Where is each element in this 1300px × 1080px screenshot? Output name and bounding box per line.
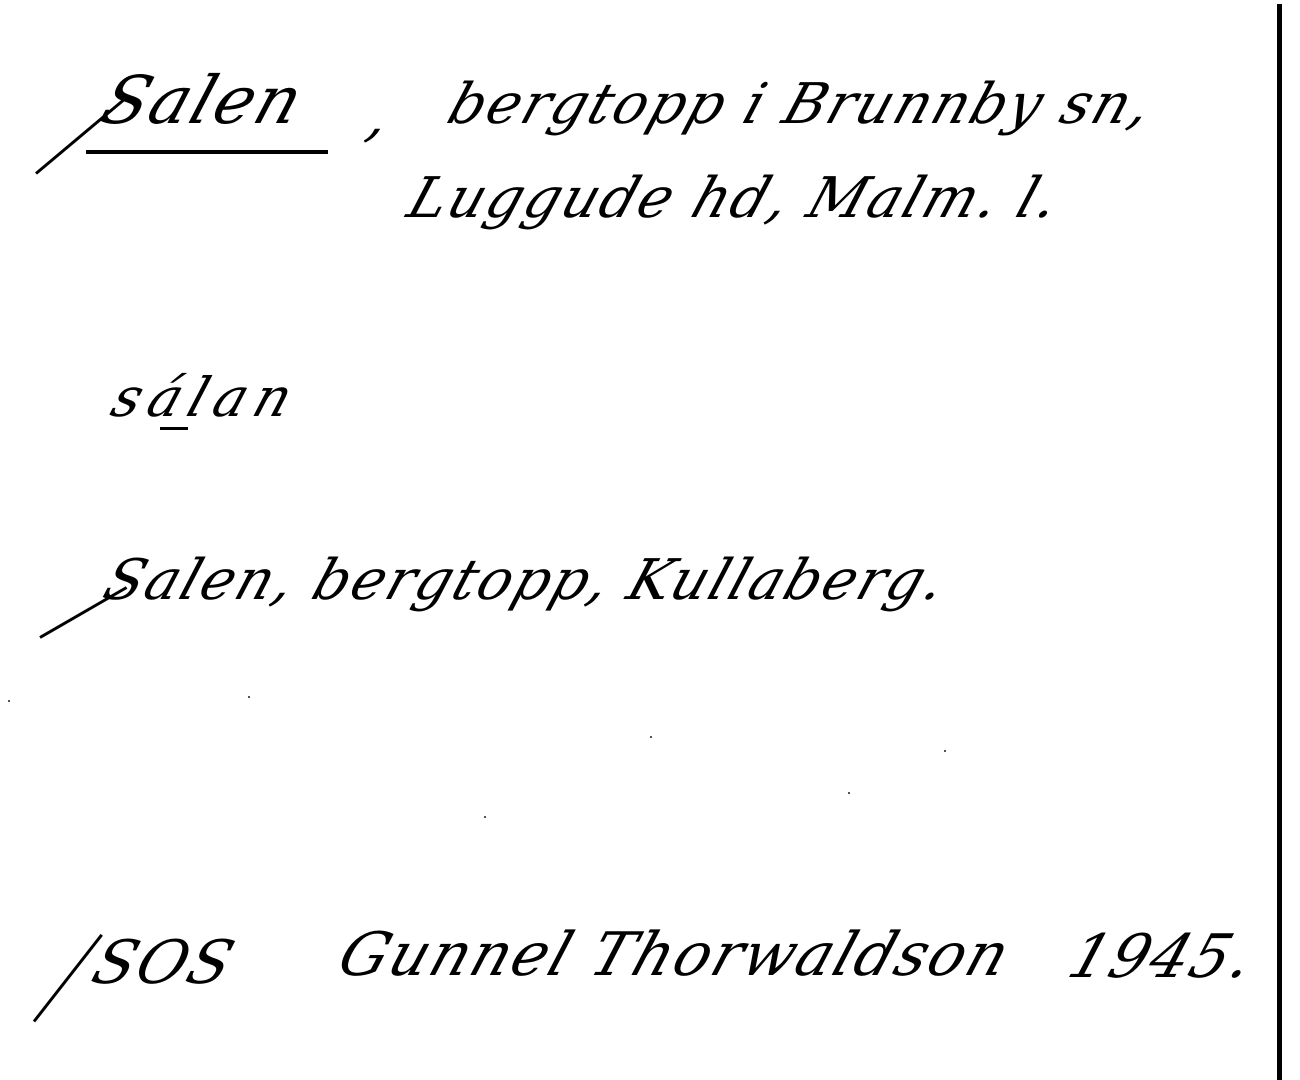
definition-line-2: Luggude hd, Malm. l. <box>400 166 1069 231</box>
scan-speck <box>8 700 10 702</box>
scan-speck <box>484 816 486 818</box>
scan-speck <box>650 736 652 738</box>
stress-underline <box>160 427 188 430</box>
scan-speck <box>944 750 946 752</box>
entry-2-text: Salen, bergtopp, Kullaberg. <box>96 548 956 613</box>
source-abbrev: SOS <box>84 928 244 998</box>
archive-record-card: Salen , bergtopp i Brunnby sn, Luggude h… <box>0 0 1300 1080</box>
definition-line-1: bergtopp i Brunnby sn, <box>440 72 1162 137</box>
headword: Salen <box>92 62 314 139</box>
scan-speck <box>248 696 250 698</box>
headword-underline <box>86 150 328 154</box>
collector-name: Gunnel Thorwaldson <box>330 920 1020 990</box>
headword-separator: , <box>360 84 401 149</box>
card-right-edge <box>1277 4 1282 1080</box>
scan-speck <box>848 792 850 794</box>
pronunciation: sálan <box>104 366 309 429</box>
collection-year: 1945. <box>1060 922 1265 992</box>
